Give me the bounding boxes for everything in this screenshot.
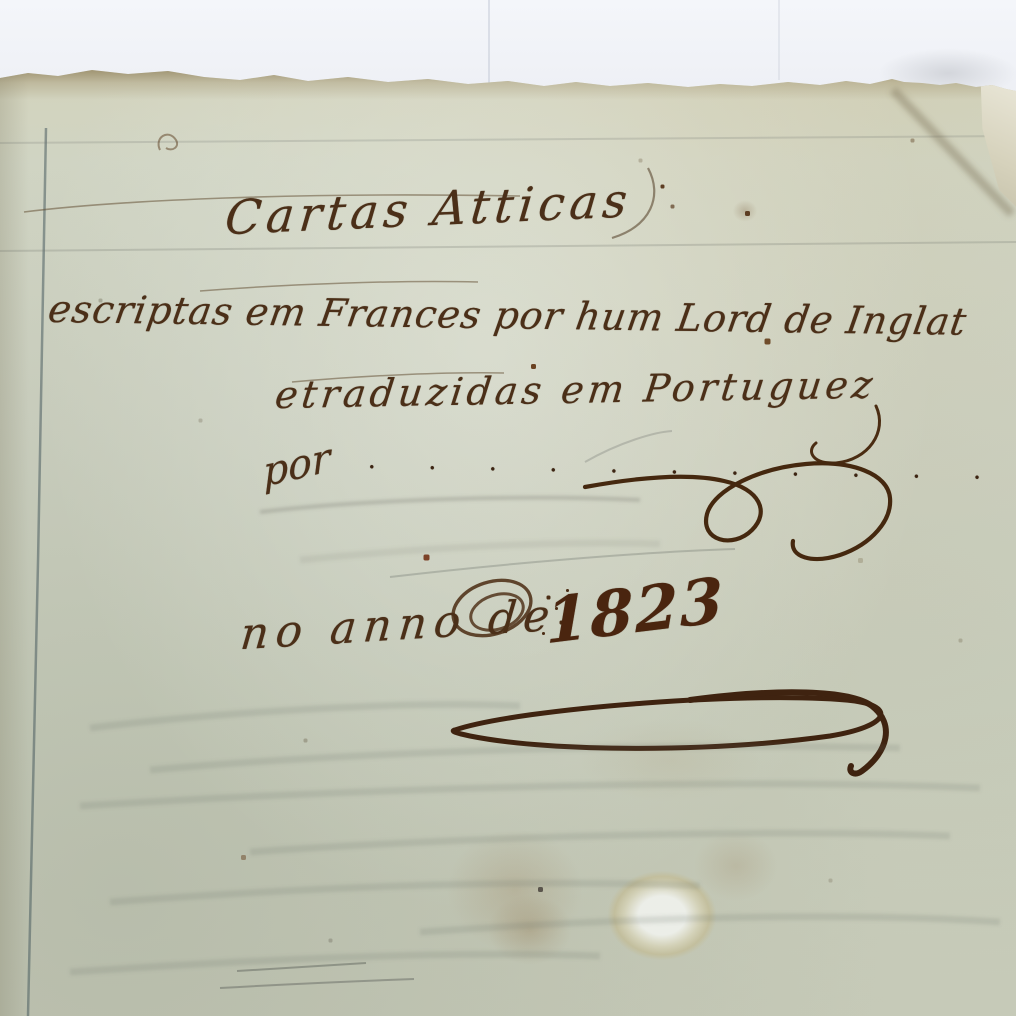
translated-line: etraduzidas em Portuguez xyxy=(273,364,879,418)
year-prefix-line: no anno de xyxy=(238,591,559,661)
graphite-mark xyxy=(220,979,414,988)
translator-name-dots: . . . . . . . . . . . xyxy=(367,446,1003,487)
written-in-french-line: escriptas em Frances por hum Lord de Ing… xyxy=(45,288,970,344)
folded-corner xyxy=(976,80,1016,208)
translator-word-por: por xyxy=(262,435,331,497)
stain xyxy=(676,816,796,916)
graphite-mark xyxy=(237,963,366,971)
stain xyxy=(728,196,762,226)
manuscript-title: Cartas Atticas xyxy=(223,174,635,246)
stain xyxy=(470,880,590,980)
ink-hook-mark xyxy=(159,135,178,150)
backdrop-seam xyxy=(778,0,780,80)
stain xyxy=(540,700,800,820)
manuscript-sheet: Cartas Atticas escriptas em Frances por … xyxy=(0,0,1016,1016)
year-value: 1823 xyxy=(545,564,725,658)
left-edge-shading xyxy=(0,70,36,1016)
photo-of-manuscript: Cartas Atticas escriptas em Frances por … xyxy=(0,0,1016,1016)
crease-line xyxy=(0,242,1016,251)
crease-line xyxy=(0,136,1016,143)
backdrop-seam xyxy=(488,0,490,96)
